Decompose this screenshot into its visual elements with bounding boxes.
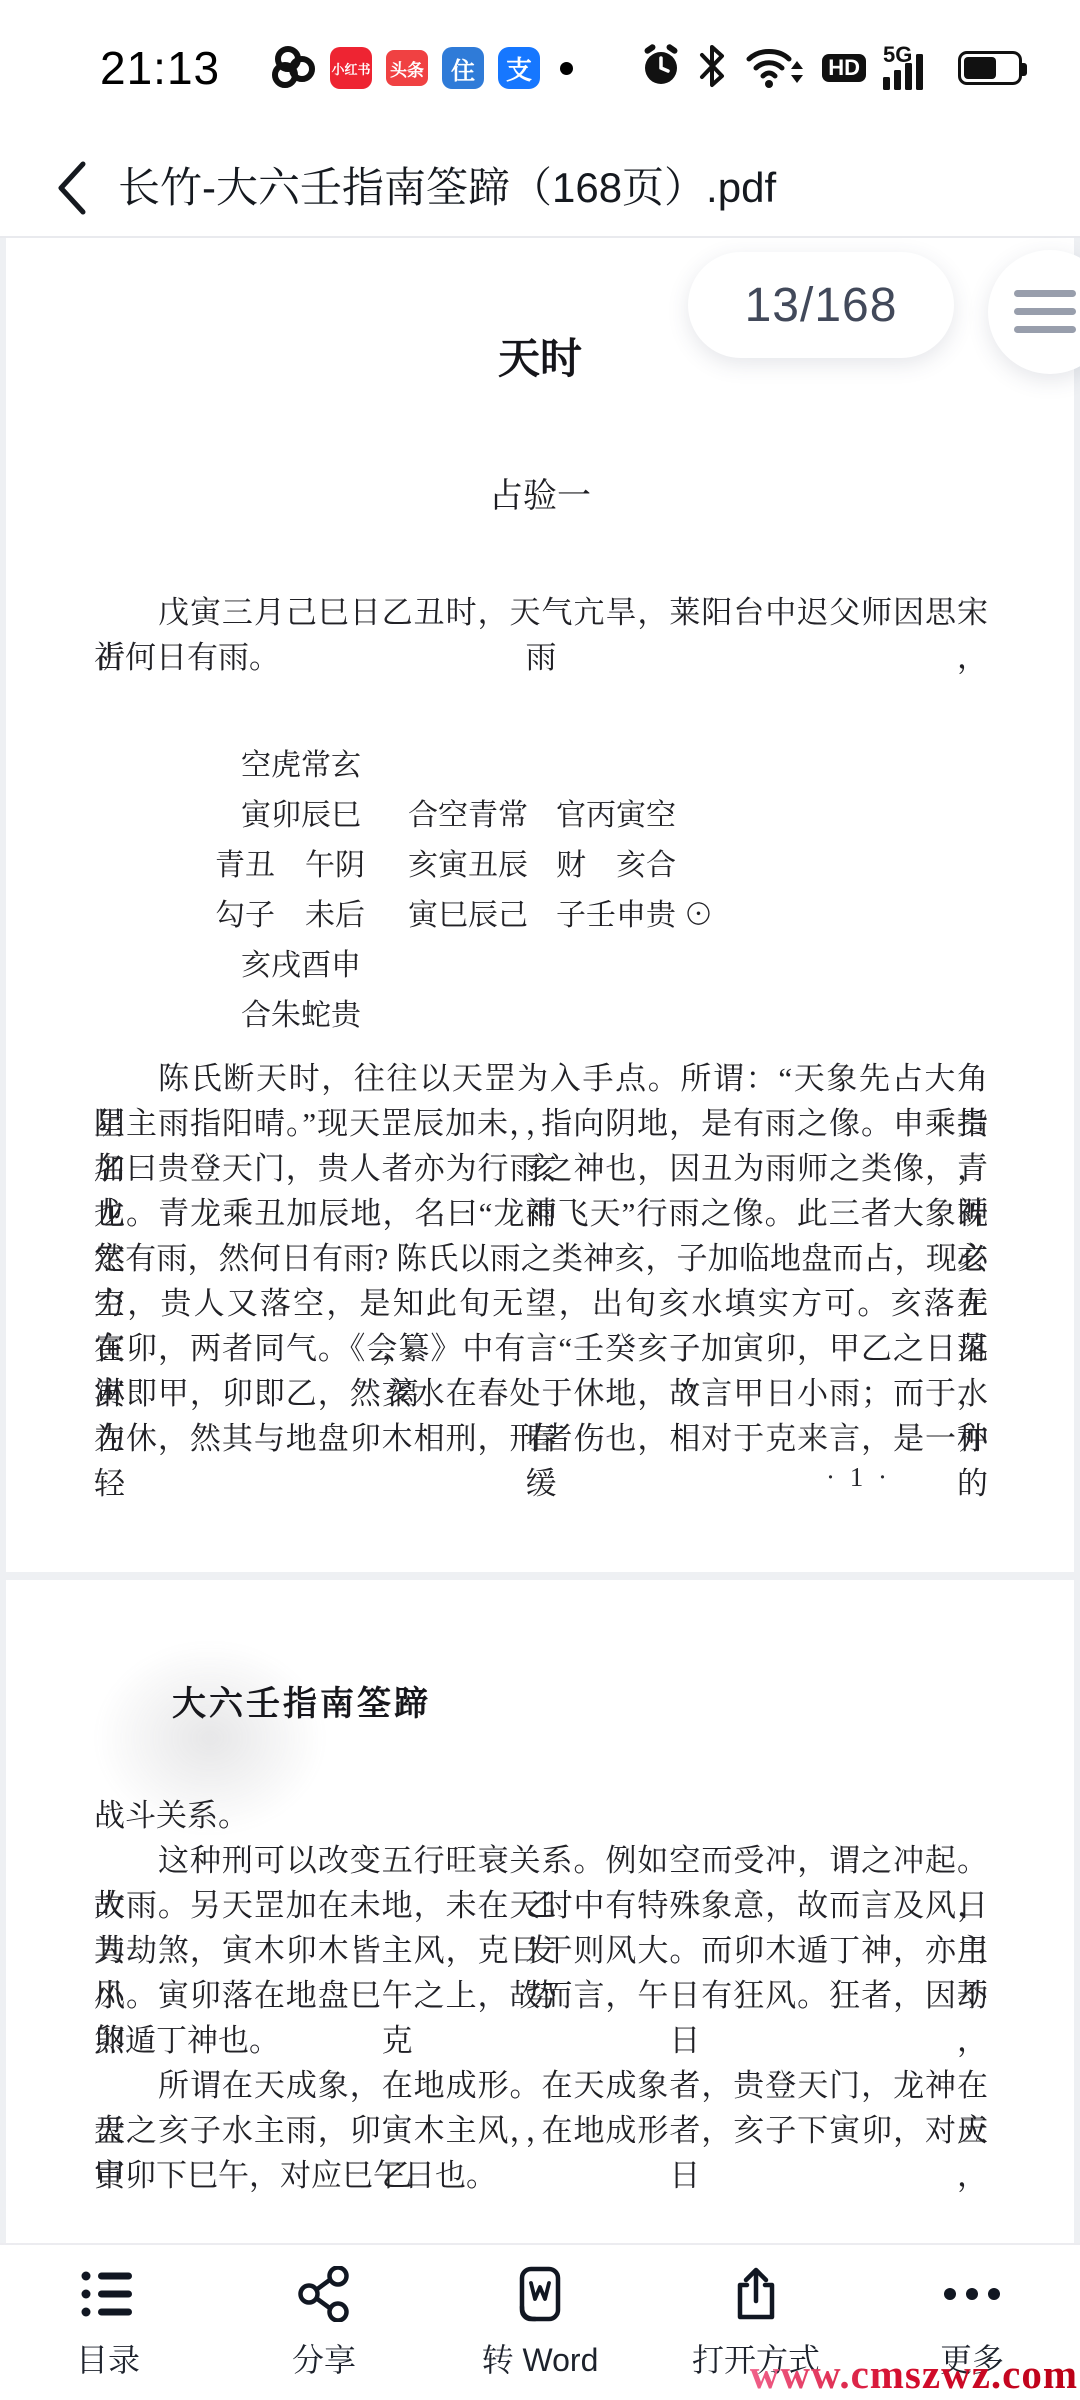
body-line: 名曰贵登天门，贵人者亦为行雨之神也，因丑为雨师之类像，青龙雨神 [94, 1146, 988, 1191]
hamburger-icon [1014, 290, 1076, 333]
toutiao-app-icon: 头条 [386, 50, 428, 86]
chart-cell: 青丑 午阴 [215, 841, 408, 891]
toolbar-label: 转 Word [482, 2335, 599, 2381]
hd-volte-icon: HD [822, 54, 866, 82]
chart-cell: 勾子 未后 [215, 891, 408, 941]
catalog-list-icon [80, 2263, 136, 2325]
chart-cell: 亥寅丑辰 [408, 841, 556, 891]
body-line: 大雨。另天罡加在未地，未在天时中有特殊象意，故而言及风，其发用 [94, 1883, 988, 1928]
bluetooth-icon [698, 43, 726, 94]
body-line: 所谓在天成象，在地成形。在天成象者，贵登天门，龙神在天，天 [94, 2063, 988, 2108]
body-line: 戊寅三月己巳日乙丑时，天气亢旱，莱阳台中迟父师因思宋祈雨， [94, 590, 988, 635]
document-title: 长竹-大六壬指南筌蹄（168页）.pdf [118, 140, 776, 236]
more-dots-icon [940, 2263, 1004, 2325]
open-with-share-icon [730, 2263, 782, 2325]
paragraph-intro: 戊寅三月己巳日乙丑时，天气亢旱，莱阳台中迟父师因思宋祈雨， 占何日有雨。 [94, 590, 988, 680]
chart-cell: 空虎常玄 [215, 741, 408, 791]
body-line: 力，贵人又落空，是知此旬无望，出旬亥水填实方可。亥落在寅，子落 [94, 1281, 988, 1326]
xiaohongshu-app-icon: 小红书 [330, 47, 372, 89]
pdf-page-14: 大六壬指南筌蹄 战斗关系。 这种刑可以改变五行旺衰关系。例如空而受冲，谓之冲起。… [6, 1580, 1074, 2243]
back-button[interactable] [42, 158, 102, 218]
body-line: 为劫煞，寅木卯木皆主风，克日干则风大。而卯木遁丁神，亦主风势不 [94, 1928, 988, 1973]
body-line: 小。寅卯落在地盘巳午之上，故而言，午日有狂风。狂者，因劫煞克日， [94, 1973, 988, 2018]
pdf-viewer[interactable]: 天时 占验一 戊寅三月己巳日乙丑时，天气亢旱，莱阳台中迟父师因思宋祈雨， 占何日… [0, 238, 1080, 2243]
clock-time: 21:13 [100, 42, 220, 94]
liuren-divination-chart: 空虎常玄 寅卯辰巳 合空青常 官丙寅空 青丑 午阴 亥寅丑辰 财 亥合 勾子 未… [215, 741, 714, 1041]
toolbar-item-share[interactable]: 分享 [216, 2245, 432, 2400]
body-line: 也。青龙乘丑加辰地，名曰“龙神飞天”行雨之像。此三者大象既定必 [94, 1191, 988, 1236]
chart-cell: 官丙寅空 [556, 791, 676, 841]
share-nodes-icon [297, 2263, 351, 2325]
chart-cell [408, 941, 556, 991]
alarm-icon [641, 44, 681, 93]
section-subtitle: 占验一 [6, 468, 1074, 517]
chart-cell: 子壬申贵 ⊙ [556, 891, 714, 941]
body-line: 然有雨，然何日有雨? 陈氏以雨之类神亥，子加临地盘而占，现亥空无 [94, 1236, 988, 1281]
page-footer-number: · 1 · [826, 1462, 891, 1493]
more-notifications-dot [560, 62, 573, 75]
chart-cell [408, 741, 556, 791]
page-indicator-pill[interactable]: 13/168 [688, 252, 954, 358]
body-line: 寅即甲，卯即乙，然亥水在春处于休地，故言甲日小雨；而于水在春亦 [94, 1371, 988, 1416]
alipay-app-icon: 支 [498, 47, 540, 89]
pdf-page-13: 天时 占验一 戊寅三月己巳日乙丑时，天气亢旱，莱阳台中迟父师因思宋祈雨， 占何日… [6, 238, 1074, 1572]
body-line: 在卯，两者同气。《会纂》中有言“壬癸亥子加寅卯，甲乙之日见淋漓”， [94, 1326, 988, 1371]
status-bar: 21:13 小红书 头条 住 支 [0, 0, 1080, 140]
book-running-header: 大六壬指南筌蹄 [172, 1676, 431, 1725]
body-line: 战斗关系。 [94, 1793, 988, 1838]
paragraph-analysis: 陈氏断天时，往往以天罡为入手点。所谓：“天象先占大角星，指 阴主雨指阳晴。”现天… [94, 1056, 988, 1461]
chart-cell: 亥戌酉申 [215, 941, 408, 991]
body-line: 这种刑可以改变五行旺衰关系。例如空而受冲，谓之冲起。故乙日 [94, 1838, 988, 1883]
toolbar-label: 目录 [76, 2335, 140, 2381]
chart-cell: 合空青常 [408, 791, 556, 841]
title-bar: 长竹-大六壬指南筌蹄（168页）.pdf [0, 140, 1080, 238]
chart-cell: 财 亥合 [556, 841, 676, 891]
watermark-text: www.cmszwz.com [750, 2350, 1078, 2398]
chart-cell: 寅巳辰己 [408, 891, 556, 941]
chart-cell: 寅卯辰巳 [215, 791, 408, 841]
toolbar-item-catalog[interactable]: 目录 [0, 2245, 216, 2400]
body-line: 为休，然其与地盘卯木相刑，刑者伤也，相对于克来言，是一种轻缓的 [94, 1416, 988, 1461]
body-line: 盘之亥子水主雨，卯寅木主风，在地成形者，亥子下寅卯，对应甲乙日， [94, 2108, 988, 2153]
signal-5g-icon: 5G [883, 44, 941, 92]
toolbar-label: 分享 [292, 2335, 356, 2381]
word-document-icon [515, 2263, 565, 2325]
battery-icon [958, 51, 1022, 85]
body-line: 阴主雨指阳晴。”现天罡辰加未，指向阴地，是有雨之像。申乘贵加亥， [94, 1101, 988, 1146]
body-line: 陈氏断天时，往往以天罡为入手点。所谓：“天象先占大角星，指 [94, 1056, 988, 1101]
zhu-app-icon: 住 [442, 47, 484, 89]
paragraph-continued: 战斗关系。 这种刑可以改变五行旺衰关系。例如空而受冲，谓之冲起。故乙日 大雨。另… [94, 1793, 988, 2198]
tri-circle-app-icon [272, 46, 316, 90]
toolbar-item-convert-word[interactable]: 转 Word [432, 2245, 648, 2400]
wifi-icon [743, 43, 805, 94]
chart-cell [408, 991, 556, 1041]
chart-cell: 合朱蛇贵 [215, 991, 408, 1041]
notification-icons: 小红书 头条 住 支 [272, 46, 573, 90]
